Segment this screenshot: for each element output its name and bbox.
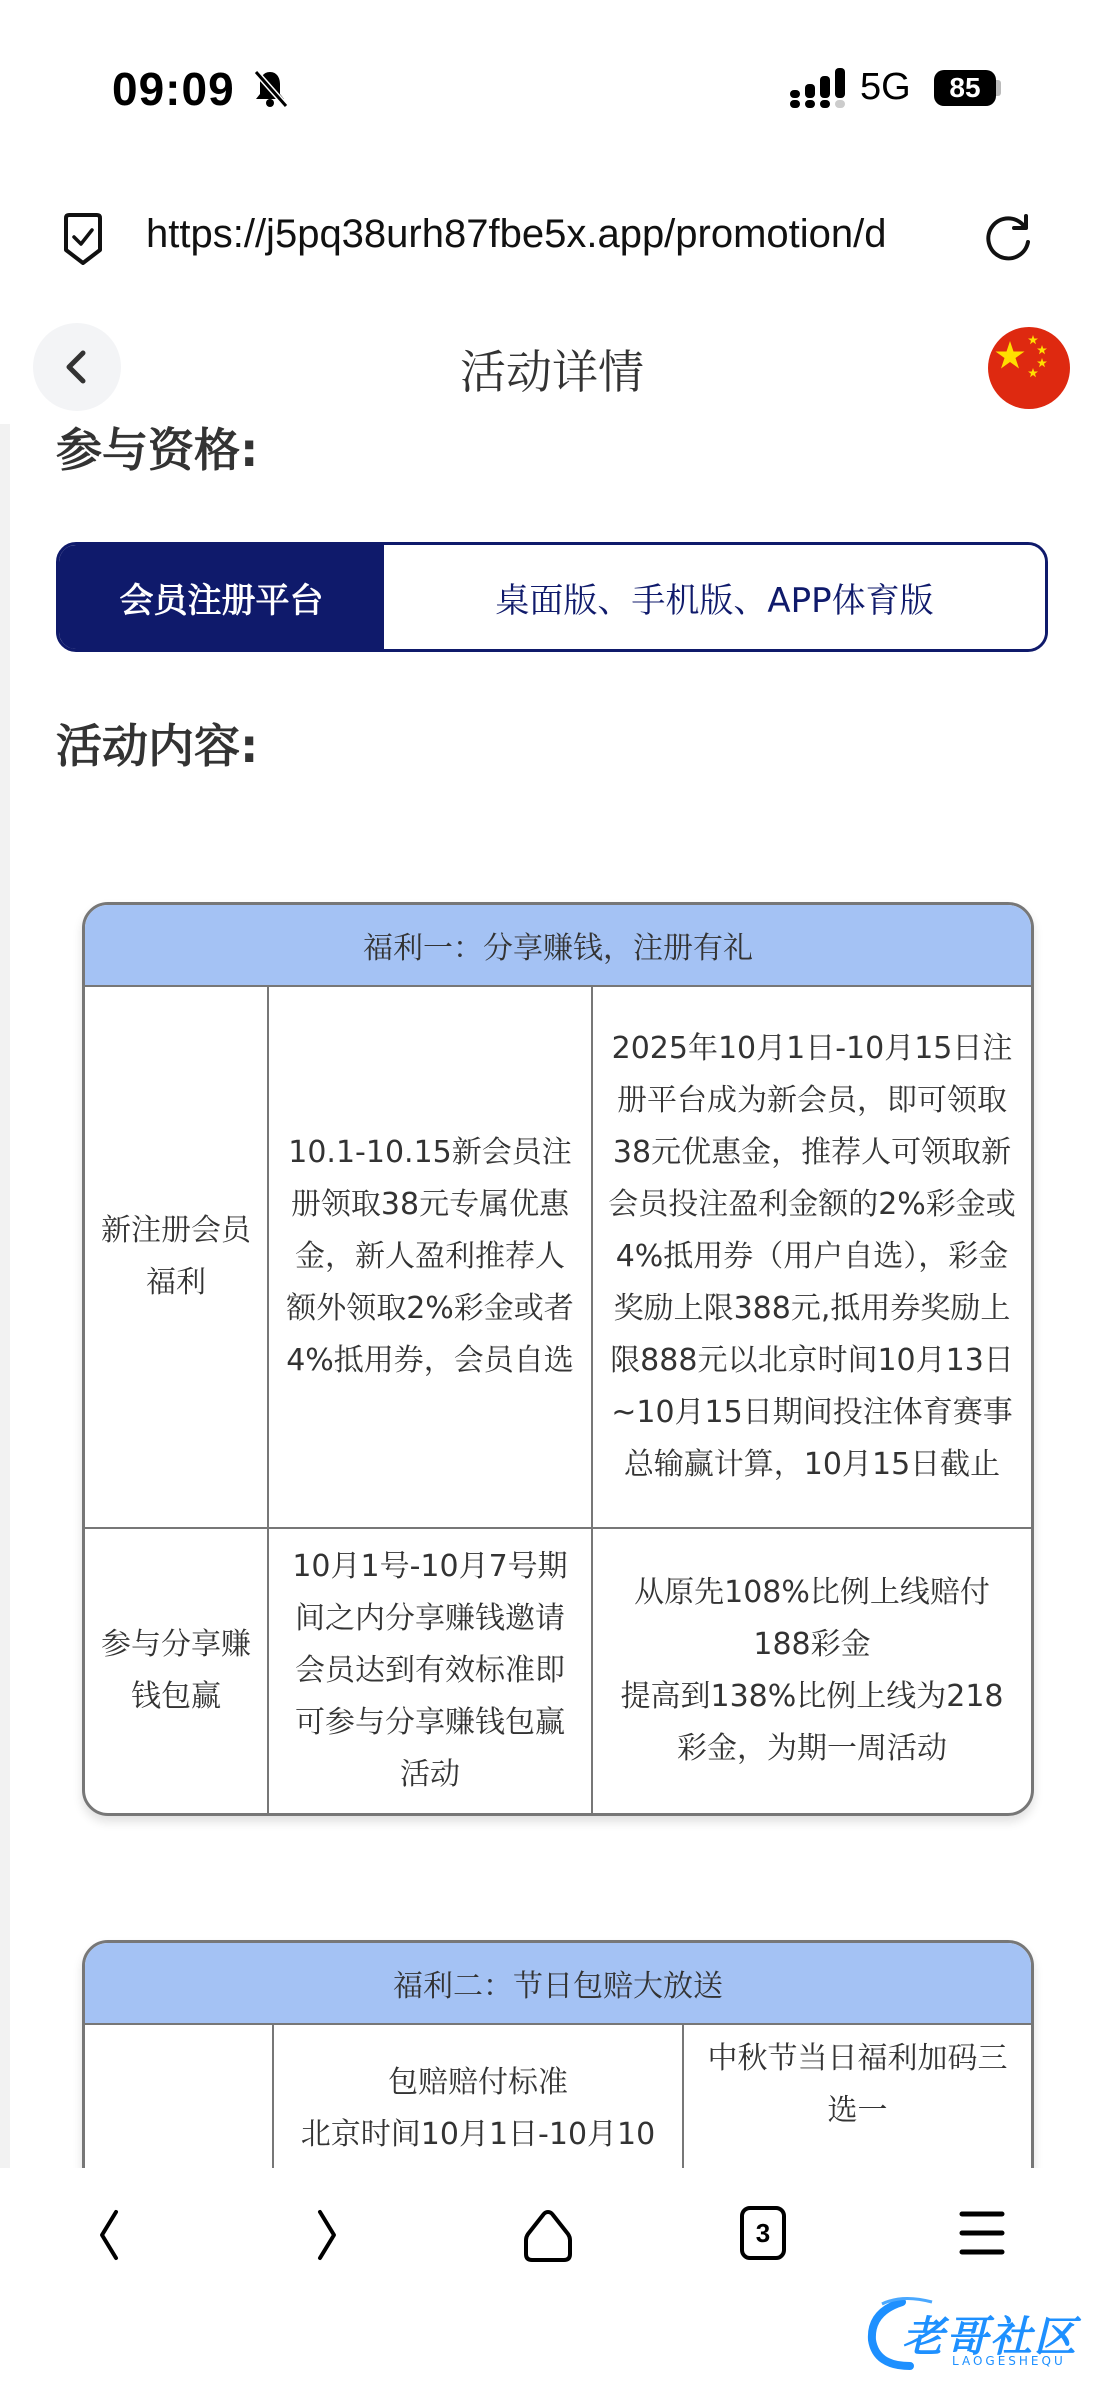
table-header: 福利一：分享赚钱，注册有礼 [85, 905, 1031, 987]
table-cell: 2025年10月1日-10月15日注册平台成为新会员，即可领取38元优惠金，推荐… [591, 987, 1031, 1527]
page-viewport: 活动详情 参与资格: 会员注册平台 桌面版、手机版、APP体育版 活动内容: 福… [0, 0, 1104, 2168]
hamburger-menu-icon[interactable] [958, 2208, 1006, 2258]
tabs-count: 3 [756, 2218, 770, 2249]
table-cell: 参与分享赚钱包赢 [85, 1529, 267, 1813]
table-row: 参与分享赚钱包赢 10月1号-10月7号期间之内分享赚钱邀请会员达到有效标准即可… [85, 1529, 1031, 1813]
tab-desktop-mobile-app[interactable]: 桌面版、手机版、APP体育版 [384, 545, 1045, 649]
table-cell [85, 2025, 272, 2168]
table-cell: 新注册会员福利 [85, 987, 267, 1527]
table-cell: 10月1号-10月7号期间之内分享赚钱邀请会员达到有效标准即可参与分享赚钱包赢活… [267, 1529, 591, 1813]
benefit-table-2: 福利二：节日包赔大放送 包赔赔付标准 北京时间10月1日-10月10 中秋节当日… [82, 1940, 1034, 2168]
content-title: 活动内容: [56, 710, 258, 776]
table-row: 包赔赔付标准 北京时间10月1日-10月10 中秋节当日福利加码三选一 [85, 2025, 1031, 2168]
platform-tabs: 会员注册平台 桌面版、手机版、APP体育版 [56, 542, 1048, 652]
watermark-logo: 老哥社区 LAOGESHEQU [862, 2292, 1084, 2372]
table-cell: 包赔赔付标准 北京时间10月1日-10月10 [272, 2025, 682, 2168]
tabs-button[interactable]: 3 [740, 2206, 786, 2260]
benefit-table-1: 福利一：分享赚钱，注册有礼 新注册会员福利 10.1-10.15新会员注册领取3… [82, 902, 1034, 1816]
eligibility-title: 参与资格: [56, 414, 258, 480]
tab-member-registration[interactable]: 会员注册平台 [59, 545, 384, 649]
table-cell: 中秋节当日福利加码三选一 [682, 2025, 1031, 2168]
table-cell: 10.1-10.15新会员注册领取38元专属优惠金，新人盈利推荐人额外领取2%彩… [267, 987, 591, 1527]
china-flag-icon[interactable] [988, 327, 1070, 409]
table-row: 新注册会员福利 10.1-10.15新会员注册领取38元专属优惠金，新人盈利推荐… [85, 987, 1031, 1529]
chevron-right-icon[interactable] [308, 2208, 344, 2262]
watermark-subtext: LAOGESHEQU [952, 2354, 1066, 2368]
page-title: 活动详情 [0, 336, 1104, 402]
table-header: 福利二：节日包赔大放送 [85, 1943, 1031, 2025]
table-cell: 从原先108%比例上线赔付188彩金 提高到138%比例上线为218彩金，为期一… [591, 1529, 1031, 1813]
chevron-left-icon[interactable] [92, 2208, 128, 2262]
home-icon[interactable] [522, 2208, 574, 2264]
left-scroll-strip [0, 424, 10, 2168]
